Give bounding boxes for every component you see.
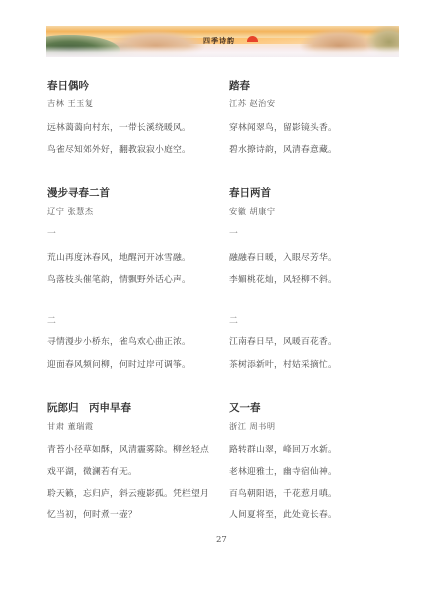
poem-line: 江南春日早，风暖百花香。 bbox=[229, 334, 337, 347]
poem-line: 人间夏将至，此处竟长春。 bbox=[229, 507, 337, 520]
poem-line: 老林迎雅士，幽寺宿仙神。 bbox=[229, 464, 337, 477]
poem-title: 漫步寻春二首 bbox=[47, 185, 110, 200]
poem-title: 踏春 bbox=[229, 78, 250, 93]
poem-line: 穿林闻翠鸟，留影镜头香。 bbox=[229, 120, 337, 133]
poem-line: 迎面春风频问柳，何时过岸可调筝。 bbox=[47, 357, 191, 370]
banner-clouds bbox=[46, 46, 399, 57]
page-number: 27 bbox=[216, 535, 227, 545]
poem-line: 碧水撩诗韵，风清春意藏。 bbox=[229, 142, 337, 155]
poem-author: 浙江 周书明 bbox=[229, 421, 276, 432]
poem-title: 春日两首 bbox=[229, 185, 271, 200]
poem-author: 辽宁 张慧杰 bbox=[47, 206, 94, 217]
poem-line: 鸟落枝头催笔韵，情飘野外话心声。 bbox=[47, 272, 191, 285]
poem-line: 路转群山翠，峰回万水新。 bbox=[229, 442, 337, 455]
header-banner: 四季诗韵 bbox=[46, 26, 399, 57]
poem-author: 安徽 胡康宁 bbox=[229, 206, 276, 217]
poem-line: 忆当初，何时煮一壶？ bbox=[47, 507, 137, 520]
poem-line: 百鸟朝阳语，千花惹月嗔。 bbox=[229, 486, 337, 499]
poem-line: 聆天籁，忘归庐，斜云瘦影孤。凭栏望月 bbox=[47, 486, 209, 499]
poem-part-label: 一 bbox=[229, 226, 238, 239]
poem-line: 青苔小径草如酥，风清霾雾除。柳丝轻点 bbox=[47, 442, 209, 455]
poem-part-label: 二 bbox=[47, 313, 56, 326]
poem-line: 鸟雀尽知郊外好，翻教寂寂小庭空。 bbox=[47, 142, 191, 155]
poem-line: 融融春日暖，入眼尽芳华。 bbox=[229, 250, 337, 263]
sun-icon bbox=[247, 36, 258, 42]
poem-line: 寻情漫步小桥东，雀鸟欢心曲正浓。 bbox=[47, 334, 191, 347]
poem-part-label: 二 bbox=[229, 313, 238, 326]
poem-title: 春日偶吟 bbox=[47, 78, 89, 93]
poem-author: 江苏 赵治安 bbox=[229, 98, 276, 109]
poem-line: 戏平湖，微澜若有无。 bbox=[47, 464, 137, 477]
poem-line: 李媚桃花灿，风轻柳不斜。 bbox=[229, 272, 337, 285]
poem-line: 远林蔼蔼向村东，一带长溪绕暖风。 bbox=[47, 120, 191, 133]
poem-part-label: 一 bbox=[47, 226, 56, 239]
poem-title: 阮郎归 丙申早春 bbox=[47, 400, 131, 415]
banner-title: 四季诗韵 bbox=[203, 36, 235, 46]
poem-line: 荒山再度沐春风，地醒河开冰雪融。 bbox=[47, 250, 191, 263]
poem-author: 吉林 王玉复 bbox=[47, 98, 94, 109]
poem-author: 甘肃 董瑞霞 bbox=[47, 421, 94, 432]
poem-line: 茶树添新叶，村姑采摘忙。 bbox=[229, 357, 337, 370]
poem-title: 又一春 bbox=[229, 400, 261, 415]
